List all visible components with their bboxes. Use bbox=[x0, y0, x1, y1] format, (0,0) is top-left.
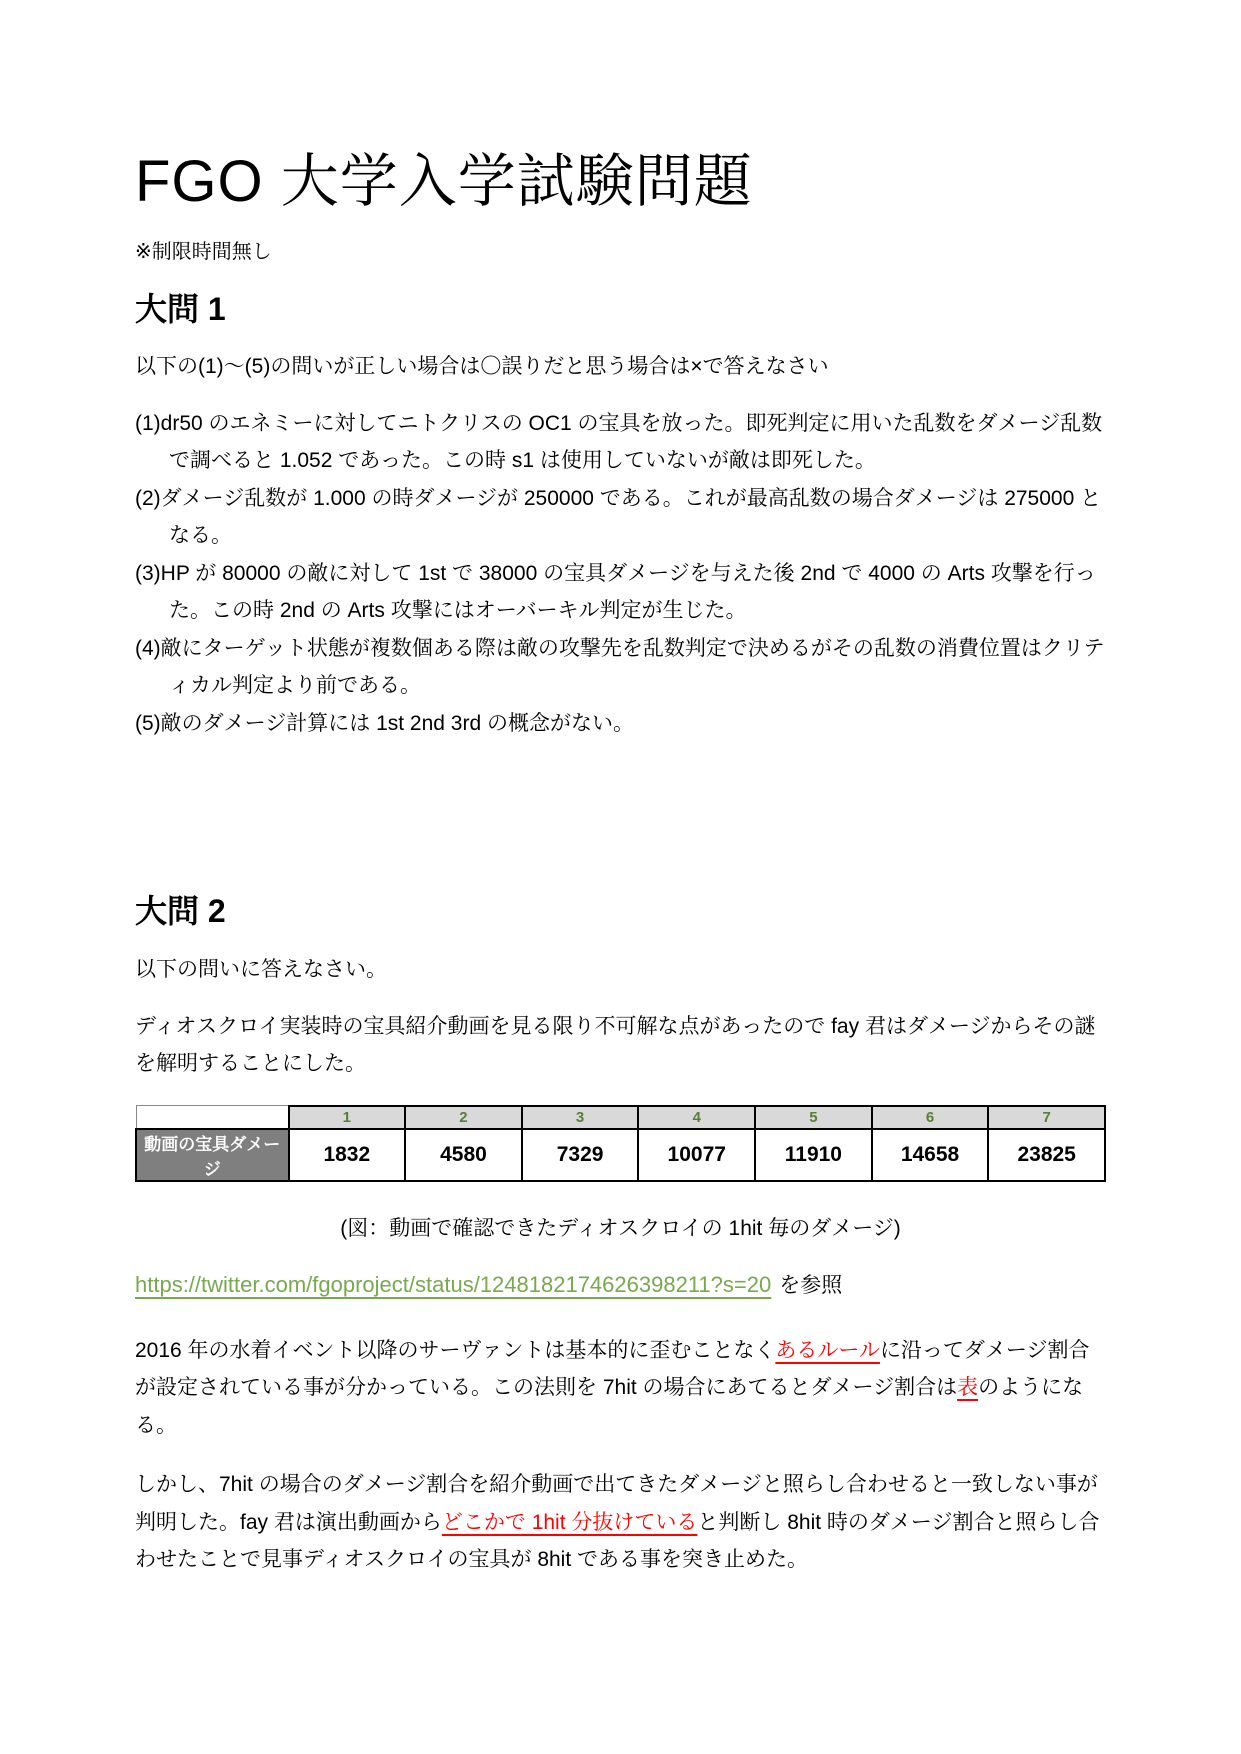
question-item-5: (5)敵のダメージ計算には 1st 2nd 3rd の概念がない。 bbox=[135, 705, 1106, 743]
corner-cell bbox=[136, 1106, 289, 1129]
conclusion-paragraph: しかし、7hit の場合のダメージ割合を紹介動画で出てきたダメージと照らし合わせ… bbox=[135, 1466, 1106, 1579]
reference-suffix: を参照 bbox=[779, 1274, 842, 1297]
twitter-link[interactable]: https://twitter.com/fgoproject/status/12… bbox=[135, 1272, 771, 1297]
damage-value-cell: 11910 bbox=[755, 1129, 872, 1181]
rule-text: 2016 年の水着イベント以降のサーヴァントは基本的に歪むことなく bbox=[135, 1339, 775, 1362]
reference-line: https://twitter.com/fgoproject/status/12… bbox=[135, 1266, 1106, 1304]
red-emphasis-rule: あるルール bbox=[775, 1339, 880, 1362]
hit-number-header: 1 bbox=[289, 1106, 406, 1129]
section2-intro: 以下の問いに答えなさい。 bbox=[135, 951, 1106, 988]
damage-table-value-row: 動画の宝具ダメージ 1832 4580 7329 10077 11910 146… bbox=[136, 1129, 1105, 1181]
rule-paragraph: 2016 年の水着イベント以降のサーヴァントは基本的に歪むことなくあるルールに沿… bbox=[135, 1332, 1106, 1445]
hit-number-header: 2 bbox=[405, 1106, 522, 1129]
damage-table: 1 2 3 4 5 6 7 動画の宝具ダメージ 1832 4580 7329 1… bbox=[135, 1105, 1106, 1182]
table-caption: (図：動画で確認できたディオスクロイの 1hit 毎のダメージ) bbox=[135, 1212, 1106, 1242]
question-item-2: (2)ダメージ乱数が 1.000 の時ダメージが 250000 である。これが最… bbox=[135, 480, 1106, 555]
damage-value-cell: 4580 bbox=[405, 1129, 522, 1181]
damage-value-cell: 14658 bbox=[872, 1129, 989, 1181]
document-title: FGO 大学入学試験問題 bbox=[135, 146, 1106, 219]
document-page: FGO 大学入学試験問題 ※制限時間無し 大問 1 以下の(1)～(5)の問いが… bbox=[0, 0, 1241, 1754]
section2-lead-paragraph: ディオスクロイ実装時の宝具紹介動画を見る限り不可解な点があったので fay 君は… bbox=[135, 1008, 1106, 1083]
section2-heading: 大問 2 bbox=[135, 892, 1106, 930]
section1-intro: 以下の(1)～(5)の問いが正しい場合は〇誤りだと思う場合は×で答えなさい bbox=[135, 348, 1106, 385]
damage-value-cell: 23825 bbox=[988, 1129, 1105, 1181]
section1-heading: 大問 1 bbox=[135, 290, 1106, 328]
section-spacer bbox=[135, 742, 1106, 892]
damage-value-cell: 1832 bbox=[289, 1129, 406, 1181]
hit-number-header: 5 bbox=[755, 1106, 872, 1129]
hit-number-header: 3 bbox=[522, 1106, 639, 1129]
damage-table-header-row: 1 2 3 4 5 6 7 bbox=[136, 1106, 1105, 1129]
question-list: (1)dr50 のエネミーに対してニトクリスの OC1 の宝具を放った。即死判定… bbox=[135, 405, 1106, 743]
question-item-4: (4)敵にターゲット状態が複数個ある際は敵の攻撃先を乱数判定で決めるがその乱数の… bbox=[135, 630, 1106, 705]
red-emphasis-missing-hit: どこかで 1hit 分抜けている bbox=[442, 1511, 698, 1534]
question-item-1: (1)dr50 のエネミーに対してニトクリスの OC1 の宝具を放った。即死判定… bbox=[135, 405, 1106, 480]
red-emphasis-table: 表 bbox=[957, 1376, 978, 1399]
row-label-cell: 動画の宝具ダメージ bbox=[136, 1129, 289, 1181]
damage-value-cell: 10077 bbox=[638, 1129, 755, 1181]
question-item-3: (3)HP が 80000 の敵に対して 1st で 38000 の宝具ダメージ… bbox=[135, 555, 1106, 630]
damage-value-cell: 7329 bbox=[522, 1129, 639, 1181]
time-limit-note: ※制限時間無し bbox=[135, 235, 1106, 264]
hit-number-header: 4 bbox=[638, 1106, 755, 1129]
hit-number-header: 6 bbox=[872, 1106, 989, 1129]
hit-number-header: 7 bbox=[988, 1106, 1105, 1129]
